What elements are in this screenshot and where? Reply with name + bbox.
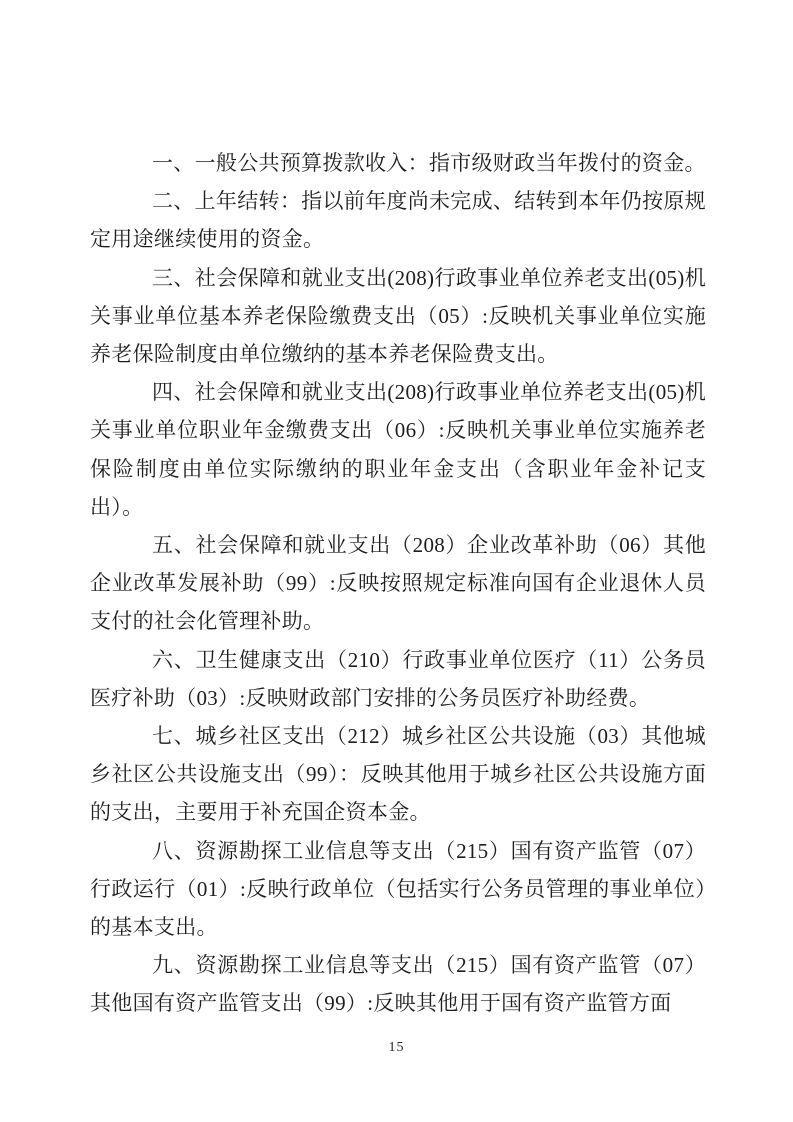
paragraph-other-state-asset-supervision: 九、资源勘探工业信息等支出（215）国有资产监管（07）其他国有资产监管支出（9…: [90, 946, 706, 1022]
paragraph-state-asset-supervision-admin-operation: 八、资源勘探工业信息等支出（215）国有资产监管（07）行政运行（01）:反映行…: [90, 832, 706, 947]
document-body: 一、一般公共预算拨款收入：指市级财政当年拨付的资金。 二、上年结转：指以前年度尚…: [90, 144, 706, 1023]
paragraph-occupational-annuity-contribution: 四、社会保障和就业支出(208)行政事业单位养老支出(05)机关事业单位职业年金…: [90, 373, 706, 526]
paragraph-enterprise-reform-subsidy: 五、社会保障和就业支出（208）企业改革补助（06）其他企业改革发展补助（99）…: [90, 526, 706, 641]
paragraph-social-security-pension-contribution: 三、社会保障和就业支出(208)行政事业单位养老支出(05)机关事业单位基本养老…: [90, 259, 706, 374]
document-page: 一、一般公共预算拨款收入：指市级财政当年拨付的资金。 二、上年结转：指以前年度尚…: [0, 0, 793, 1122]
page-number: 15: [389, 1040, 405, 1055]
page-footer: 15: [0, 1038, 793, 1056]
paragraph-carryover-funds: 二、上年结转：指以前年度尚未完成、结转到本年仍按原规定用途继续使用的资金。: [90, 182, 706, 258]
paragraph-urban-rural-community-facilities: 七、城乡社区支出（212）城乡社区公共设施（03）其他城乡社区公共设施支出（99…: [90, 717, 706, 832]
paragraph-civil-servant-medical-subsidy: 六、卫生健康支出（210）行政事业单位医疗（11）公务员医疗补助（03）:反映财…: [90, 641, 706, 717]
paragraph-budget-appropriation-income: 一、一般公共预算拨款收入：指市级财政当年拨付的资金。: [90, 144, 706, 182]
